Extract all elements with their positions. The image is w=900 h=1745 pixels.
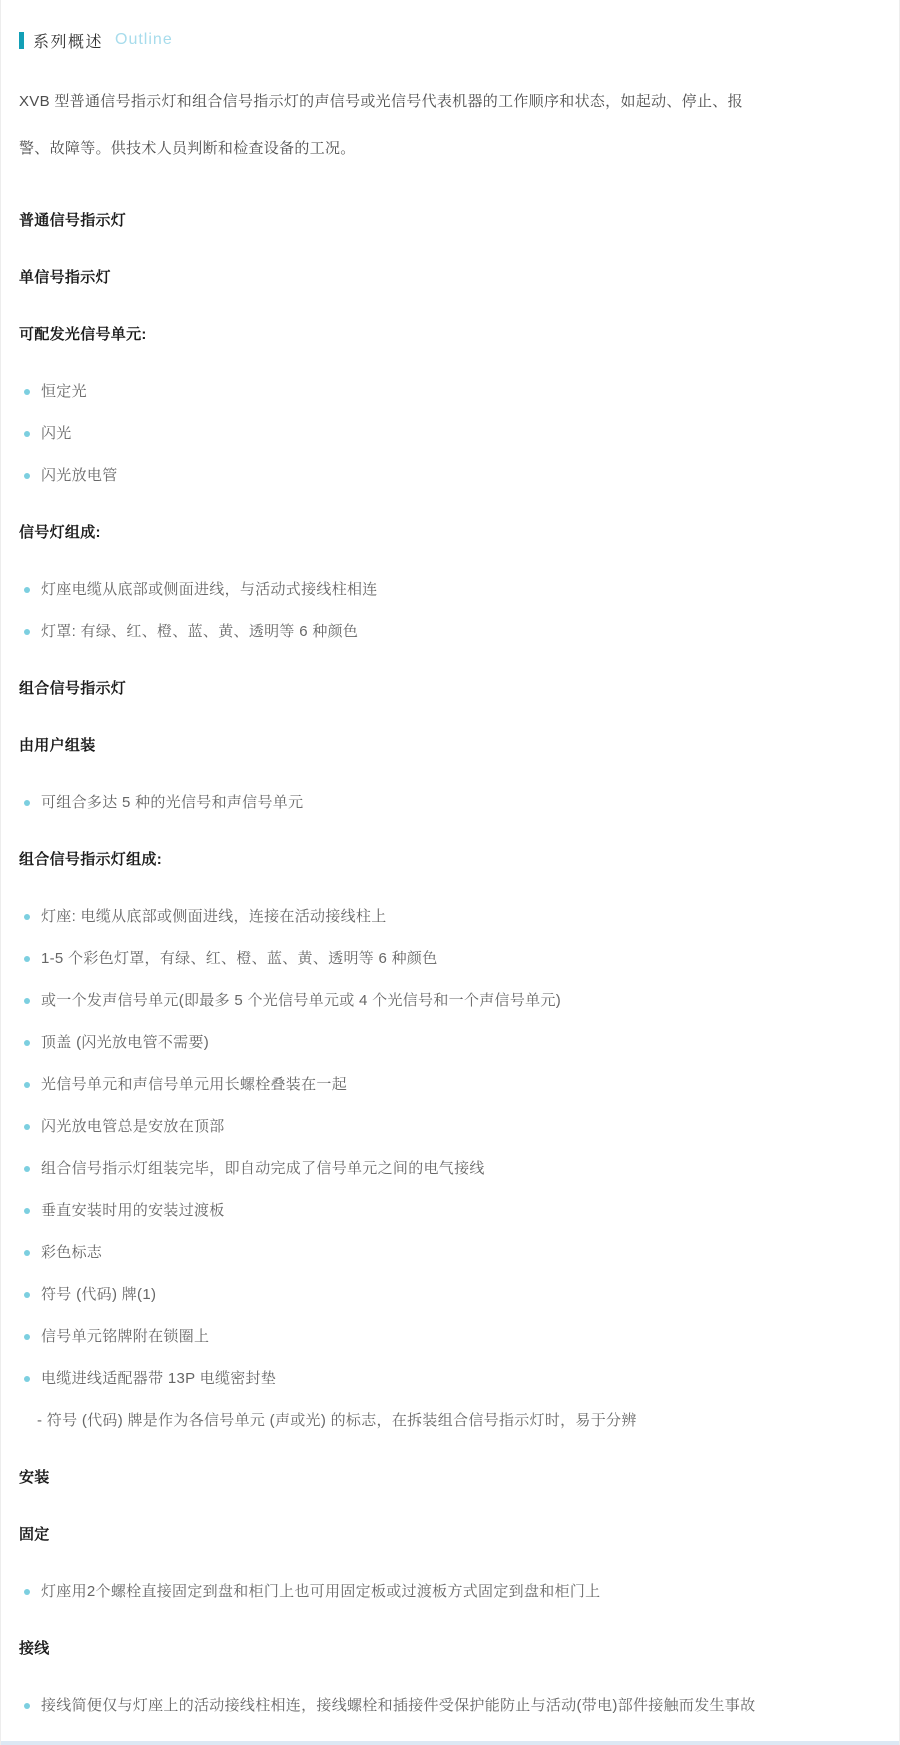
bullet-text: 灯罩: 有绿、红、橙、蓝、黄、透明等 6 种颜色 (41, 623, 358, 640)
bullet-dot-icon (24, 1589, 30, 1595)
bullet-text: 闪光 (41, 425, 72, 442)
bullet-dot-icon (24, 956, 30, 962)
sub-heading: 普通信号指示灯 (19, 212, 881, 229)
bullet-item: 可组合多达 5 种的光信号和声信号单元 (19, 794, 881, 811)
bullet-text: 恒定光 (41, 383, 87, 400)
bullet-text: 电缆进线适配器带 13P 电缆密封垫 (41, 1370, 276, 1387)
bullet-item: 电缆进线适配器带 13P 电缆密封垫 (19, 1370, 881, 1387)
accent-bar-icon (19, 32, 24, 49)
bullet-text: 彩色标志 (41, 1244, 102, 1261)
bullet-item: 彩色标志 (19, 1244, 881, 1261)
bullet-item: 闪光放电管 (19, 467, 881, 484)
bullet-text: 或一个发声信号单元(即最多 5 个光信号单元或 4 个光信号和一个声信号单元) (41, 992, 561, 1009)
bullet-text: 可组合多达 5 种的光信号和声信号单元 (41, 794, 303, 811)
bullet-item: 信号单元铭牌附在锁圈上 (19, 1328, 881, 1345)
bullet-text: 灯座电缆从底部或侧面进线，与活动式接线柱相连 (41, 581, 378, 598)
section-title: 系列概述 (33, 29, 103, 52)
sub-heading: 由用户组装 (19, 737, 881, 754)
sub-heading: 接线 (19, 1640, 881, 1657)
note-line: - 符号 (代码) 牌是作为各信号单元 (声或光) 的标志，在拆装组合信号指示灯… (19, 1412, 881, 1429)
bullet-item: 或一个发声信号单元(即最多 5 个光信号单元或 4 个光信号和一个声信号单元) (19, 992, 881, 1009)
bullet-item: 1-5 个彩色灯罩，有绿、红、橙、蓝、黄、透明等 6 种颜色 (19, 950, 881, 967)
bullet-dot-icon (24, 800, 30, 806)
bullet-text: 接线简便仅与灯座上的活动接线柱相连，接线螺栓和插接件受保护能防止与活动(带电)部… (41, 1697, 755, 1714)
sub-heading: 组合信号指示灯组成: (19, 851, 881, 868)
bullet-dot-icon (24, 1376, 30, 1382)
sub-heading: 组合信号指示灯 (19, 680, 881, 697)
section-header: 系列概述 Outline (19, 30, 881, 50)
bullet-dot-icon (24, 1166, 30, 1172)
bullet-item: 灯座: 电缆从底部或侧面进线，连接在活动接线柱上 (19, 908, 881, 925)
bullet-text: 闪光放电管总是安放在顶部 (41, 1118, 225, 1135)
bullet-dot-icon (24, 1040, 30, 1046)
bullet-dot-icon (24, 431, 30, 437)
bullet-dot-icon (24, 998, 30, 1004)
bullet-item: 光信号单元和声信号单元用长螺栓叠装在一起 (19, 1076, 881, 1093)
bullet-item: 闪光 (19, 425, 881, 442)
bullet-item: 接线简便仅与灯座上的活动接线柱相连，接线螺栓和插接件受保护能防止与活动(带电)部… (19, 1697, 881, 1714)
bullet-item: 闪光放电管总是安放在顶部 (19, 1118, 881, 1135)
bullet-item: 灯罩: 有绿、红、橙、蓝、黄、透明等 6 种颜色 (19, 623, 881, 640)
sub-heading: 固定 (19, 1526, 881, 1543)
bullet-text: 信号单元铭牌附在锁圈上 (41, 1328, 209, 1345)
bullet-dot-icon (24, 1082, 30, 1088)
bottom-divider (1, 1741, 899, 1745)
sub-heading: 安装 (19, 1469, 881, 1486)
section-subtitle: Outline (115, 31, 173, 49)
bullet-item: 垂直安装时用的安装过渡板 (19, 1202, 881, 1219)
bullet-dot-icon (24, 1250, 30, 1256)
sub-heading: 单信号指示灯 (19, 269, 881, 286)
bullet-dot-icon (24, 473, 30, 479)
bullet-text: 闪光放电管 (41, 467, 118, 484)
bullet-item: 灯座电缆从底部或侧面进线，与活动式接线柱相连 (19, 581, 881, 598)
bullet-text: 符号 (代码) 牌(1) (41, 1286, 156, 1303)
bullet-dot-icon (24, 914, 30, 920)
bullet-item: 顶盖 (闪光放电管不需要) (19, 1034, 881, 1051)
bullet-dot-icon (24, 1124, 30, 1130)
bullet-dot-icon (24, 389, 30, 395)
bullet-item: 灯座用2个螺栓直接固定到盘和柜门上也可用固定板或过渡板方式固定到盘和柜门上 (19, 1583, 881, 1600)
intro-paragraph: XVB 型普通信号指示灯和组合信号指示灯的声信号或光信号代表机器的工作顺序和状态… (19, 78, 771, 172)
sub-heading: 可配发光信号单元: (19, 326, 881, 343)
bullet-text: 组合信号指示灯组装完毕，即自动完成了信号单元之间的电气接线 (41, 1160, 485, 1177)
bullet-text: 灯座: 电缆从底部或侧面进线，连接在活动接线柱上 (41, 908, 387, 925)
bullet-text: 1-5 个彩色灯罩，有绿、红、橙、蓝、黄、透明等 6 种颜色 (41, 950, 438, 967)
bullet-text: 垂直安装时用的安装过渡板 (41, 1202, 225, 1219)
bullet-text: 光信号单元和声信号单元用长螺栓叠装在一起 (41, 1076, 347, 1093)
bullet-text: 灯座用2个螺栓直接固定到盘和柜门上也可用固定板或过渡板方式固定到盘和柜门上 (41, 1583, 600, 1600)
sub-heading: 信号灯组成: (19, 524, 881, 541)
bullet-item: 恒定光 (19, 383, 881, 400)
bullet-dot-icon (24, 1703, 30, 1709)
bullet-item: 组合信号指示灯组装完毕，即自动完成了信号单元之间的电气接线 (19, 1160, 881, 1177)
bullet-dot-icon (24, 1292, 30, 1298)
bullet-item: 符号 (代码) 牌(1) (19, 1286, 881, 1303)
outline-document: 系列概述 Outline XVB 型普通信号指示灯和组合信号指示灯的声信号或光信… (0, 0, 900, 1745)
bullet-dot-icon (24, 629, 30, 635)
bullet-dot-icon (24, 1208, 30, 1214)
bullet-dot-icon (24, 587, 30, 593)
bullet-text: 顶盖 (闪光放电管不需要) (41, 1034, 209, 1051)
content-blocks: 普通信号指示灯单信号指示灯可配发光信号单元:恒定光闪光闪光放电管信号灯组成:灯座… (19, 212, 881, 1714)
bullet-dot-icon (24, 1334, 30, 1340)
